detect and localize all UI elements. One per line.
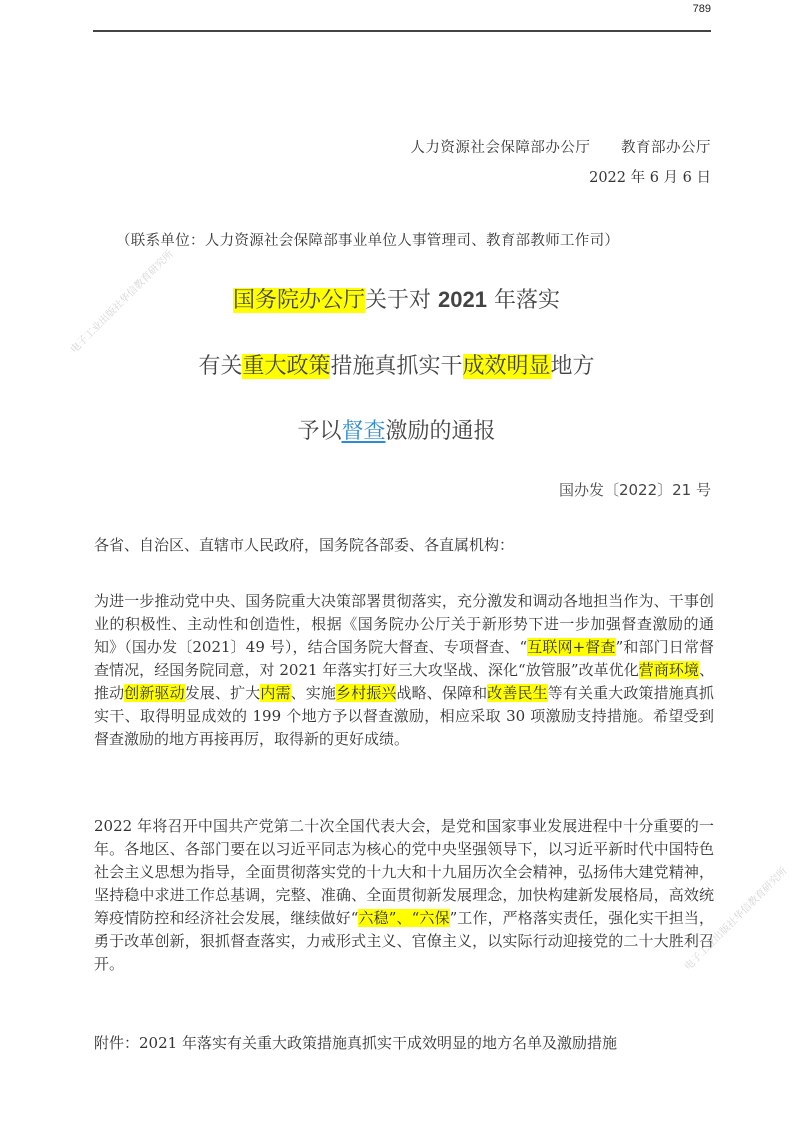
title-year: 2021 [438,287,487,312]
title-text: 有关 [198,354,242,379]
title-text: 措施真抓实干 [330,354,462,379]
page-number: 789 [693,3,711,15]
issue-date: 2022 年 6 月 6 日 [589,166,711,187]
highlighted-text: 国务院办公厅 [233,288,365,313]
highlighted-text: 改善民生 [487,684,548,702]
issuing-offices: 人力资源社会保障部办公厅 教育部办公厅 [410,136,711,157]
document-number: 国办发〔2022〕21 号 [559,479,711,500]
title-line-1: 国务院办公厅关于对 2021 年落实 [0,283,793,314]
title-text: 予以 [297,419,341,444]
body-text: 战略、保障和 [396,684,487,702]
title-text: 激励的通报 [386,419,496,444]
highlighted-text: 创新驱动 [124,684,185,702]
title-text: 关于对 [365,288,438,313]
attachment-note: 附件：2021 年落实有关重大政策措施真抓实干成效明显的地方名单及激励措施 [94,1032,617,1053]
title-text: 年落实 [487,288,560,313]
highlighted-text: 成效明显 [463,354,551,379]
contact-units: （联系单位：人力资源社会保障部事业单位人事管理司、教育部教师工作司） [116,229,619,250]
paragraph-1: 为进一步推动党中央、国务院重大决策部署贯彻落实，充分激发和调动各地担当作为、干事… [94,590,714,751]
title-text: 地方 [551,354,595,379]
supervision-link[interactable]: 督查 [341,419,385,444]
body-text: 、实施 [291,684,336,702]
highlighted-text: 营商环境 [639,661,699,679]
highlighted-text: 内需 [260,684,290,702]
paragraph-2: 2022 年将召开中国共产党第二十次全国代表大会，是党和国家事业发展进程中十分重… [94,815,714,976]
salutation: 各省、自治区、直辖市人民政府，国务院各部委、各直属机构： [94,534,514,555]
title-line-2: 有关重大政策措施真抓实干成效明显地方 [0,349,793,380]
highlighted-text: 六稳”、“六保 [358,909,449,927]
highlighted-text: 互联网+督查 [527,638,615,656]
highlighted-text: 重大政策 [242,354,330,379]
title-line-3: 予以督查激励的通报 [0,414,793,445]
highlighted-text: 乡村振兴 [336,684,397,702]
body-text: 发展、扩大 [185,684,261,702]
header-rule [93,30,711,32]
